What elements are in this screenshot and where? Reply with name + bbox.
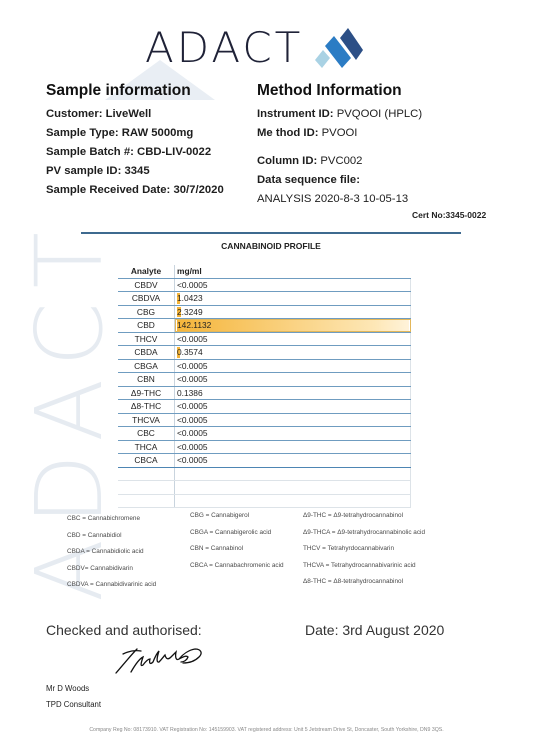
method-information-section: Method Information Instrument ID: PVQOOI…	[257, 82, 422, 209]
field-value: 30/7/2020	[173, 184, 223, 196]
signer-name: Mr D Woods	[46, 681, 101, 697]
field-label: Sample Batch #:	[46, 146, 134, 158]
sample-type-field: Sample Type: RAW 5000mg	[46, 124, 224, 143]
empty-table-row	[118, 494, 411, 508]
table-row: CBD142.1132	[118, 319, 411, 333]
field-label: Data sequence file:	[257, 174, 360, 186]
field-value: CBD-LIV-0022	[137, 146, 211, 158]
value-cell: <0.0005	[175, 278, 411, 292]
table-row: CBCA<0.0005	[118, 454, 411, 468]
legend-item: Δ8-THC = Δ8-tetrahydrocannabinol	[303, 574, 425, 591]
field-value: RAW 5000mg	[122, 127, 194, 139]
empty-cell	[175, 467, 411, 481]
value-text: 1.0423	[177, 293, 203, 303]
sample-information-section: Sample information Customer: LiveWell Sa…	[46, 82, 224, 200]
value-text: <0.0005	[177, 361, 208, 371]
empty-table-row	[118, 467, 411, 481]
value-cell: <0.0005	[175, 440, 411, 454]
company-logo: ADACT	[145, 26, 363, 70]
analyte-cell: THCA	[118, 440, 175, 454]
legend-item: CBDVA = Cannabidivarinic acid	[67, 577, 156, 594]
logo-wordmark: ADACT	[145, 26, 303, 70]
analyte-cell: CBGA	[118, 359, 175, 373]
empty-cell	[118, 467, 175, 481]
value-text: 142.1132	[177, 320, 211, 330]
legend-column-1: CBC = Cannabichromene CBD = Cannabidiol …	[67, 511, 156, 594]
table-row: THCA<0.0005	[118, 440, 411, 454]
analyte-cell: Δ8-THC	[118, 400, 175, 414]
analyte-cell: CBN	[118, 373, 175, 387]
value-column-header: mg/ml	[175, 265, 411, 278]
analyte-cell: THCVA	[118, 413, 175, 427]
field-value: ANALYSIS 2020-8-3 10-05-13	[257, 193, 408, 205]
empty-cell	[175, 494, 411, 508]
field-value: LiveWell	[106, 108, 152, 120]
value-text: <0.0005	[177, 428, 208, 438]
value-text: <0.0005	[177, 401, 208, 411]
value-text: 0.1386	[177, 388, 203, 398]
legend-column-2: CBG = Cannabigerol CBGA = Cannabigerolic…	[190, 508, 284, 574]
analyte-cell: CBC	[118, 427, 175, 441]
value-text: 2.3249	[177, 307, 203, 317]
certificate-number: Cert No:3345-0022	[412, 210, 486, 220]
value-text: 0.3574	[177, 347, 203, 357]
legend-item: THCV = Tetrahyrdocannabivarin	[303, 541, 425, 558]
table-row: CBN<0.0005	[118, 373, 411, 387]
table-row: CBDVA1.0423	[118, 292, 411, 306]
table-row: Δ8-THC<0.0005	[118, 400, 411, 414]
signature-image	[113, 645, 208, 677]
value-cell: <0.0005	[175, 359, 411, 373]
table-row: CBC<0.0005	[118, 427, 411, 441]
value-cell: 142.1132	[175, 319, 411, 333]
field-label: Me thod ID:	[257, 127, 319, 139]
legend-item: CBDV= Cannabidivarin	[67, 561, 156, 578]
value-cell: <0.0005	[175, 373, 411, 387]
logo-mark-icon	[313, 28, 363, 68]
legend-item: THCVA = Tetrahydrocannabivarinic acid	[303, 558, 425, 575]
analyte-cell: THCV	[118, 332, 175, 346]
sample-batch-field: Sample Batch #: CBD-LIV-0022	[46, 143, 224, 162]
field-label: Column ID:	[257, 155, 317, 167]
field-value: PVOOI	[322, 127, 358, 139]
instrument-id-field: Instrument ID: PVQOOI (HPLC)	[257, 105, 422, 124]
cannabinoid-table: Analyte mg/ml CBDV<0.0005CBDVA1.0423CBG2…	[118, 265, 411, 508]
analyte-cell: Δ9-THC	[118, 386, 175, 400]
table-row: CBGA<0.0005	[118, 359, 411, 373]
profile-title: CANNABINOID PROFILE	[81, 241, 461, 251]
field-value: PVC002	[320, 155, 362, 167]
field-label: Customer:	[46, 108, 103, 120]
authorisation-date: Date: 3rd August 2020	[305, 622, 444, 638]
legend-item: CBG = Cannabigerol	[190, 508, 284, 525]
table-row: Δ9-THC0.1386	[118, 386, 411, 400]
empty-cell	[175, 481, 411, 495]
value-cell: <0.0005	[175, 413, 411, 427]
value-text: <0.0005	[177, 442, 208, 452]
value-text: <0.0005	[177, 334, 208, 344]
analyte-cell: CBG	[118, 305, 175, 319]
analyte-cell: CBD	[118, 319, 175, 333]
checked-authorised-label: Checked and authorised:	[46, 622, 202, 638]
value-cell: 2.3249	[175, 305, 411, 319]
field-value: 3345	[124, 165, 149, 177]
field-label: Instrument ID:	[257, 108, 334, 120]
empty-cell	[118, 494, 175, 508]
value-cell: <0.0005	[175, 427, 411, 441]
table-row: CBG2.3249	[118, 305, 411, 319]
legend-item: CBGA = Cannabigerolic acid	[190, 525, 284, 542]
customer-field: Customer: LiveWell	[46, 105, 224, 124]
pv-sample-id-field: PV sample ID: 3345	[46, 162, 224, 181]
method-info-heading: Method Information	[257, 82, 422, 100]
legend-item: Δ9-THC = Δ9-tetrahydrocannabinol	[303, 508, 425, 525]
table-row: THCVA<0.0005	[118, 413, 411, 427]
value-text: <0.0005	[177, 374, 208, 384]
field-label: PV sample ID:	[46, 165, 121, 177]
table-row: CBDA0.3574	[118, 346, 411, 360]
data-bar	[177, 320, 409, 331]
field-label: Sample Type:	[46, 127, 119, 139]
table-header-row: Analyte mg/ml	[118, 265, 411, 278]
sample-received-date-field: Sample Received Date: 30/7/2020	[46, 181, 224, 200]
company-footer: Company Reg No: 08173910. VAT Registrati…	[0, 727, 533, 733]
analyte-cell: CBDV	[118, 278, 175, 292]
analyte-column-header: Analyte	[118, 265, 175, 278]
value-cell: 0.1386	[175, 386, 411, 400]
value-cell: 0.3574	[175, 346, 411, 360]
analyte-cell: CBCA	[118, 454, 175, 468]
field-label: Sample Received Date:	[46, 184, 170, 196]
analyte-cell: CBDA	[118, 346, 175, 360]
signer-block: Mr D Woods TPD Consultant	[46, 681, 101, 713]
field-value: PVQOOI (HPLC)	[337, 108, 422, 120]
value-text: <0.0005	[177, 280, 208, 290]
legend-item: CBD = Cannabidiol	[67, 528, 156, 545]
legend-column-3: Δ9-THC = Δ9-tetrahydrocannabinol Δ9-THCA…	[303, 508, 425, 591]
data-sequence-file-value: ANALYSIS 2020-8-3 10-05-13	[257, 190, 422, 209]
empty-table-row	[118, 481, 411, 495]
value-text: <0.0005	[177, 415, 208, 425]
column-id-field: Column ID: PVC002	[257, 152, 422, 171]
legend-item: CBDA = Cannabidiolic acid	[67, 544, 156, 561]
table-row: THCV<0.0005	[118, 332, 411, 346]
legend-item: CBC = Cannabichromene	[67, 511, 156, 528]
empty-cell	[118, 481, 175, 495]
section-divider	[81, 232, 461, 234]
legend-item: CBCA = Cannabachromenic acid	[190, 558, 284, 575]
method-id-field: Me thod ID: PVOOI	[257, 124, 422, 143]
table-row: CBDV<0.0005	[118, 278, 411, 292]
legend-item: CBN = Cannabinol	[190, 541, 284, 558]
value-text: <0.0005	[177, 455, 208, 465]
value-cell: 1.0423	[175, 292, 411, 306]
legend-item: Δ9-THCA = Δ9-tetrahydrocannabinolic acid	[303, 525, 425, 542]
signer-title: TPD Consultant	[46, 697, 101, 713]
value-cell: <0.0005	[175, 454, 411, 468]
analyte-cell: CBDVA	[118, 292, 175, 306]
data-sequence-file-label: Data sequence file:	[257, 171, 422, 190]
sample-info-heading: Sample information	[46, 82, 224, 100]
value-cell: <0.0005	[175, 332, 411, 346]
value-cell: <0.0005	[175, 400, 411, 414]
